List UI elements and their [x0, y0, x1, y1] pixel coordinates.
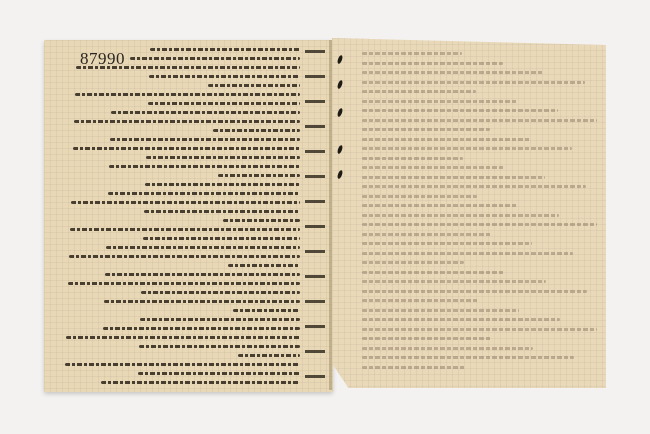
pencil-line: [362, 318, 560, 321]
margin-date-mark: [305, 125, 325, 128]
handwritten-line: [233, 309, 300, 312]
handwritten-line: [218, 174, 300, 177]
handwritten-line: [130, 57, 300, 60]
pencil-line: [362, 271, 505, 274]
pencil-line: [362, 290, 587, 293]
margin-date-mark: [305, 375, 325, 378]
margin-date-mark: [305, 275, 325, 278]
pencil-line: [362, 280, 546, 283]
handwritten-line: [110, 138, 300, 141]
margin-date-mark: [305, 350, 325, 353]
pencil-line: [362, 62, 503, 65]
pencil-line: [362, 242, 532, 245]
handwritten-line: [75, 93, 300, 96]
margin-date-mark: [305, 250, 325, 253]
pencil-line: [362, 309, 519, 312]
handwritten-line: [138, 372, 300, 375]
handwritten-line: [73, 147, 300, 150]
pencil-line: [362, 147, 572, 150]
margin-date-mark: [305, 300, 325, 303]
handwritten-line: [148, 102, 300, 105]
notebook-spine: [329, 40, 332, 390]
handwritten-line: [208, 84, 300, 87]
pencil-line: [362, 52, 462, 55]
pencil-line: [362, 347, 533, 350]
handwritten-line: [228, 264, 300, 267]
handwritten-line: [109, 165, 300, 168]
pencil-line: [362, 90, 476, 93]
handwritten-line: [71, 201, 300, 204]
pencil-line: [362, 71, 544, 74]
pencil-line: [362, 328, 597, 331]
handwritten-line: [105, 273, 300, 276]
pencil-line: [362, 166, 504, 169]
pencil-line: [362, 81, 585, 84]
handwritten-line: [74, 120, 300, 123]
margin-date-mark: [305, 150, 325, 153]
handwritten-line: [141, 291, 300, 294]
handwritten-line: [144, 210, 300, 213]
pencil-line: [362, 204, 518, 207]
handwritten-line: [106, 246, 300, 249]
handwritten-line: [149, 75, 300, 78]
margin-date-mark: [305, 200, 325, 203]
margin-date-mark: [305, 175, 325, 178]
pencil-line: [362, 233, 491, 236]
handwritten-line: [101, 381, 300, 384]
pencil-line: [362, 337, 492, 340]
pencil-line: [362, 366, 465, 369]
handwritten-line: [76, 66, 300, 69]
margin-date-mark: [305, 100, 325, 103]
handwritten-line: [68, 282, 300, 285]
pencil-line: [362, 157, 463, 160]
margin-date-mark: [305, 325, 325, 328]
handwritten-line: [140, 318, 300, 321]
pencil-line: [362, 299, 478, 302]
handwritten-line: [223, 219, 300, 222]
margin-date-mark: [305, 50, 325, 53]
handwritten-line: [143, 237, 300, 240]
handwritten-line: [65, 363, 300, 366]
handwritten-line: [150, 48, 300, 51]
handwritten-line: [146, 156, 300, 159]
pencil-line: [362, 195, 477, 198]
pencil-line: [362, 100, 517, 103]
pencil-line: [362, 128, 490, 131]
pencil-line: [362, 176, 545, 179]
margin-date-mark: [305, 225, 325, 228]
pencil-line: [362, 214, 559, 217]
pencil-line: [362, 223, 597, 226]
handwritten-line: [213, 129, 300, 132]
handwritten-line: [69, 255, 300, 258]
handwritten-line: [139, 345, 300, 348]
handwritten-line: [108, 192, 300, 195]
handwritten-line: [103, 327, 300, 330]
handwritten-line: [70, 228, 300, 231]
margin-date-mark: [305, 75, 325, 78]
handwritten-line: [66, 336, 300, 339]
pencil-line: [362, 356, 574, 359]
pencil-line: [362, 119, 597, 122]
handwritten-line: [104, 300, 300, 303]
pencil-line: [362, 138, 531, 141]
pencil-line: [362, 109, 558, 112]
handwritten-line: [145, 183, 300, 186]
pencil-line: [362, 185, 586, 188]
handwritten-line: [238, 354, 300, 357]
pencil-line: [362, 252, 573, 255]
pencil-line: [362, 261, 464, 264]
handwritten-line: [111, 111, 300, 114]
